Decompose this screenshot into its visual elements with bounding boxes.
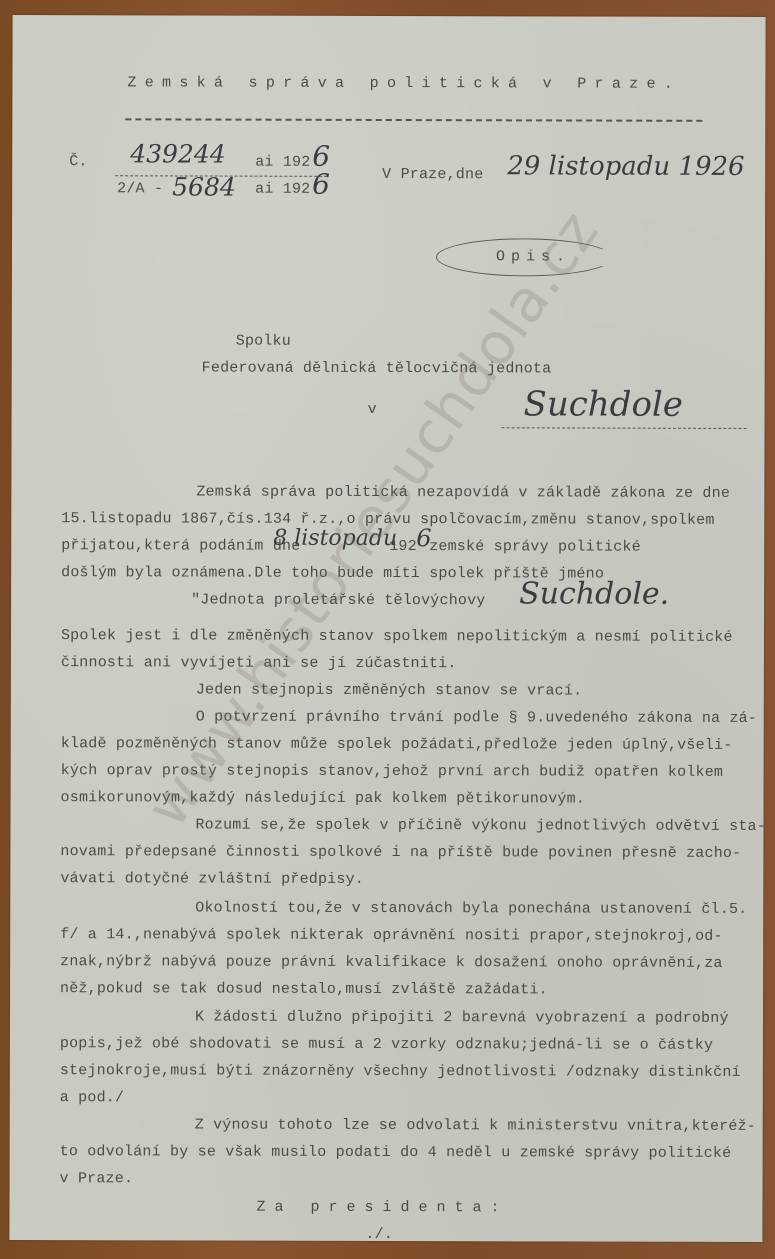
- body-line: Zemská správa politická nezapovídá v zák…: [196, 483, 730, 501]
- reference-number: 439244: [130, 139, 226, 168]
- body-line: přijatou,která podáním dne: [61, 537, 300, 555]
- addressee-place: Suchdole: [524, 384, 683, 424]
- addressee-line1: Spolku: [236, 333, 291, 350]
- addressee-line3: v: [368, 401, 377, 418]
- new-name-place-handwritten: Suchdole.: [519, 576, 669, 611]
- body-line: novami předepsané činnosti spolkové i na…: [60, 843, 741, 862]
- body-line: kladě pozměněných stanov může spolek pož…: [61, 735, 733, 754]
- body-line: stejnokroje,musí býti znázorněny všechny…: [60, 1062, 741, 1081]
- body-line: to odvolání by se však musilo podati do …: [60, 1143, 732, 1162]
- body-line: znak,nýbrž nabývá pouze právní kvalifika…: [60, 953, 723, 972]
- date-handwritten: 29 listopadu 1926: [507, 151, 744, 182]
- document-page: Zemská správa politická v Praze. Č. 4392…: [9, 15, 765, 1242]
- body-line: Spolek jest i dle změněných stanov spolk…: [61, 627, 733, 646]
- body-line-continuation: zemské správy politické: [429, 538, 641, 556]
- body-line: něž,pokud se tak dosud nestalo,musí zvlá…: [60, 980, 548, 998]
- date-typed: V Praze,dne: [382, 166, 483, 183]
- addressee-place-line: [502, 427, 747, 429]
- for-president-label: Za presidenta:: [256, 1199, 508, 1217]
- body-line: a pod./: [60, 1089, 124, 1106]
- authority-header: Zemská správa politická v Praze.: [127, 74, 681, 92]
- body-line: v Praze.: [60, 1170, 134, 1187]
- body-line: O potvrzení právního trvání podle § 9.uv…: [196, 708, 757, 726]
- body-line: Rozumí se,že spolek v příčině výkonu jed…: [195, 816, 766, 834]
- sub-reference-number: 5684: [172, 172, 236, 201]
- sub-reference-prefix: 2/A -: [117, 180, 163, 197]
- reference-year-typed: ai 192: [255, 154, 310, 171]
- header-divider: [125, 118, 702, 122]
- body-line: Z výnosu tohoto lze se odvolati k minist…: [195, 1116, 756, 1134]
- sub-reference-year-digit: 6: [312, 168, 330, 201]
- body-line: popis,jež obé shodovati se musí a 2 vzor…: [60, 1035, 713, 1054]
- sub-reference-year-typed: ai 192: [255, 181, 310, 198]
- body-line: vávati dotyčné zvláštní předpisy.: [60, 870, 364, 888]
- reference-prefix: Č.: [69, 153, 87, 170]
- body-line: Okolností tou,že v stanovách byla ponech…: [195, 899, 747, 917]
- body-line: f/ a 14.,nenabývá spolek nikterak oprávn…: [60, 926, 723, 945]
- signature-mark: ./.: [365, 1226, 393, 1243]
- body-line: K žádosti dlužno připojiti 2 barevná vyo…: [195, 1008, 729, 1026]
